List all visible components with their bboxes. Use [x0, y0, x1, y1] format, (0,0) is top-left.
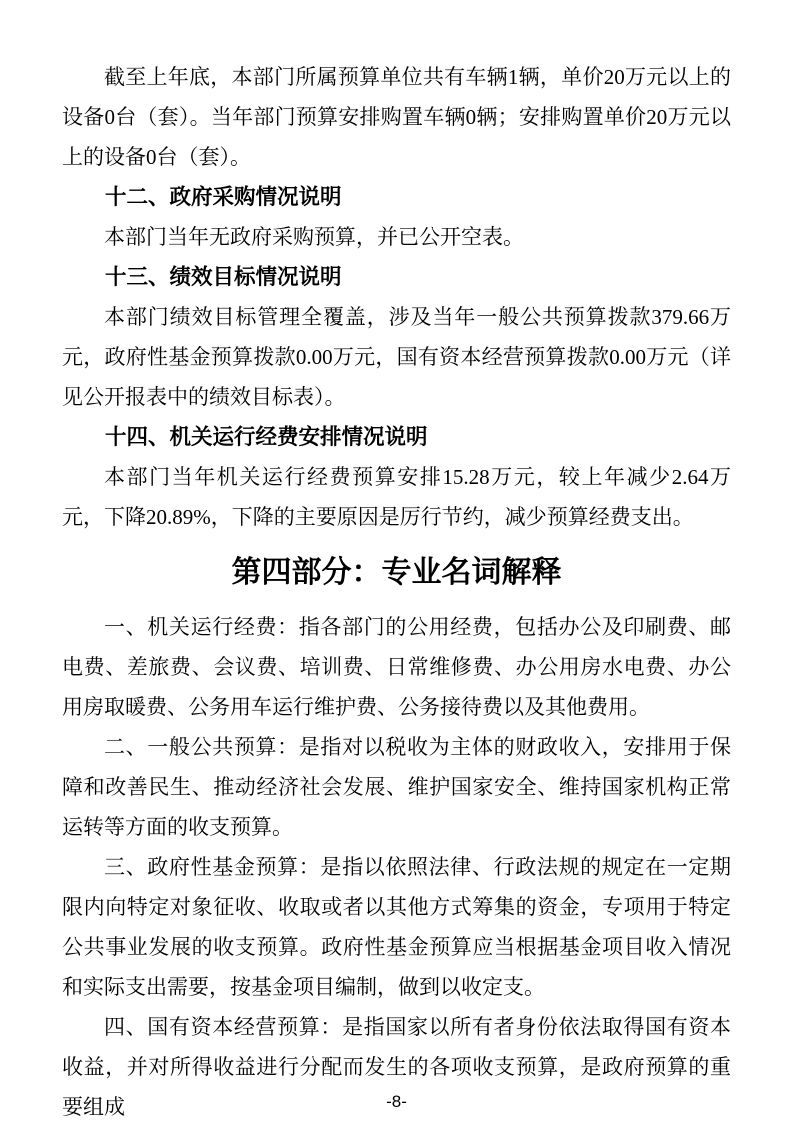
- document-page: 截至上年底，本部门所属预算单位共有车辆1辆，单价20万元以上的设备0台（套）。当…: [0, 0, 793, 1122]
- paragraph-operating-expenses: 本部门当年机关运行经费预算安排15.28万元，较上年减少2.64万元，下降20.…: [62, 457, 731, 537]
- paragraph-vehicles-equipment: 截至上年底，本部门所属预算单位共有车辆1辆，单价20万元以上的设备0台（套）。当…: [62, 57, 731, 177]
- paragraph-performance-targets: 本部门绩效目标管理全覆盖，涉及当年一般公共预算拨款379.66万元，政府性基金预…: [62, 297, 731, 417]
- term-paragraph-3-government-fund-budget-definition: 三、政府性基金预算：是指以依照法律、行政法规的规定在一定期限内向特定对象征收、收…: [62, 847, 731, 1007]
- paragraph-government-procurement: 本部门当年无政府采购预算，并已公开空表。: [62, 217, 731, 257]
- part4-title: 第四部分：专业名词解释: [62, 547, 731, 599]
- section-heading-13-performance-targets: 十三、绩效目标情况说明: [62, 257, 731, 297]
- page-number: -8-: [0, 1092, 793, 1112]
- section-heading-14-operating-expenses: 十四、机关运行经费安排情况说明: [62, 417, 731, 457]
- term-paragraph-2-general-public-budget-definition: 二、一般公共预算：是指对以税收为主体的财政收入，安排用于保障和改善民生、推动经济…: [62, 727, 731, 847]
- section-heading-12-government-procurement: 十二、政府采购情况说明: [62, 177, 731, 217]
- term-paragraph-1-operating-expenses-definition: 一、机关运行经费：指各部门的公用经费，包括办公及印刷费、邮电费、差旅费、会议费、…: [62, 607, 731, 727]
